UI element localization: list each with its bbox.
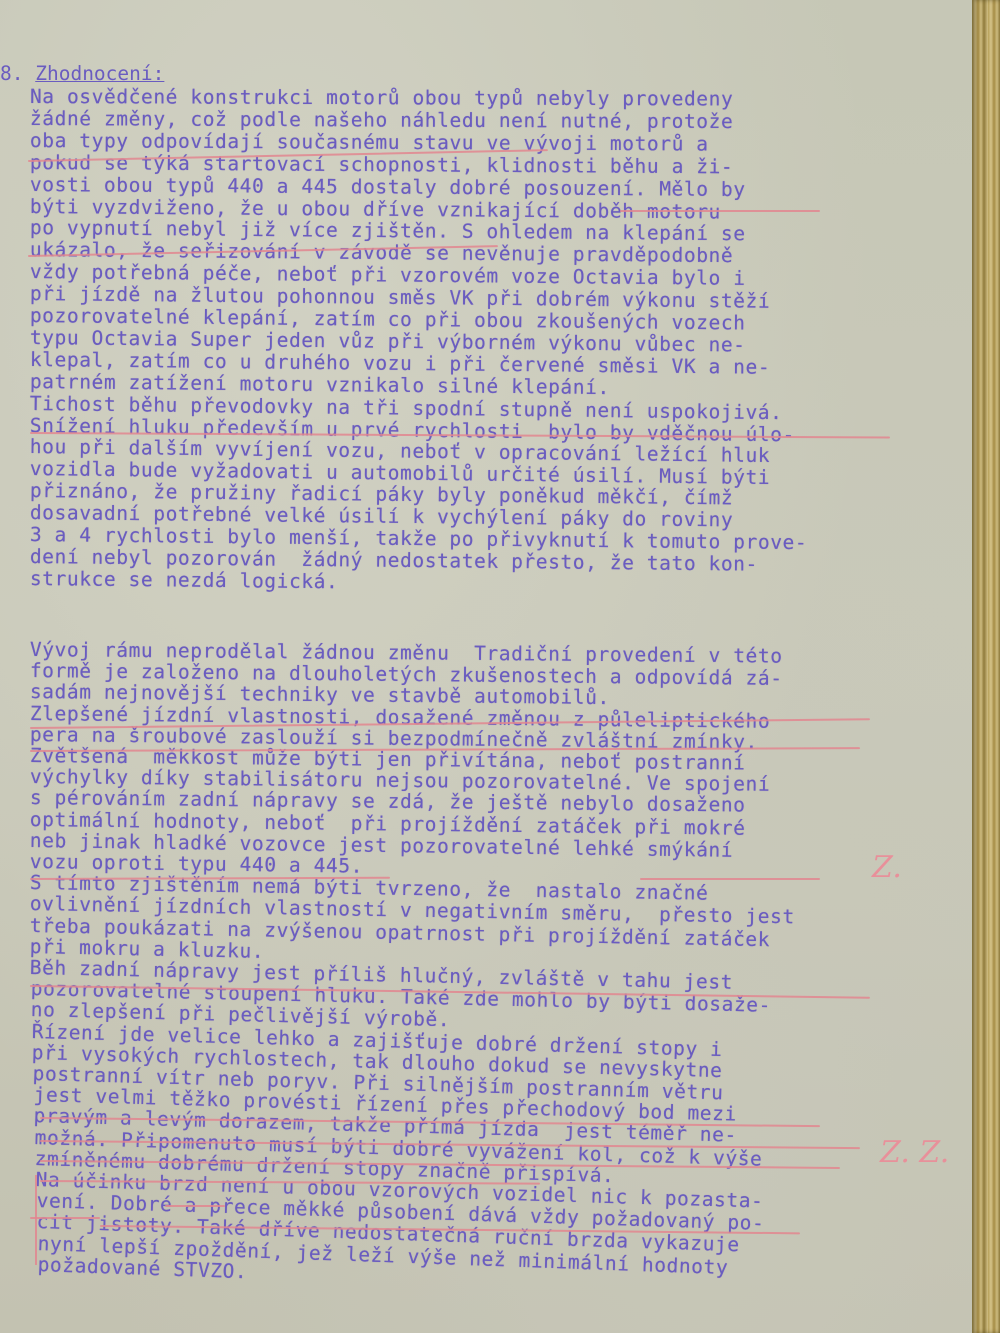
margin-annotation: Z. [872, 850, 902, 885]
typed-line: Na osvědčené konstrukci motorů obou typů… [30, 87, 733, 109]
section-heading: 8. Zhodnocení: [0, 62, 164, 85]
typed-line: žádné změny, což podle našeho náhledu ne… [30, 109, 733, 132]
red-underline [620, 210, 820, 212]
typed-line: strukce se nezdá logická. [30, 569, 339, 592]
red-underline [640, 878, 820, 880]
typed-line: požadované STVZO. [38, 1255, 248, 1282]
document-page: 8. Zhodnocení: Na osvědčené konstrukci m… [0, 0, 972, 1333]
red-underline [165, 1205, 225, 1207]
section-title: Zhodnocení: [35, 62, 164, 85]
typed-line: oba typy odpovídají současnému stavu ve … [30, 131, 709, 154]
red-margin-bracket [35, 1175, 37, 1265]
red-underline [30, 1217, 100, 1219]
margin-annotation: Z. Z. [880, 1135, 949, 1170]
section-number: 8. [0, 62, 23, 85]
binding-edge [972, 0, 1000, 1333]
